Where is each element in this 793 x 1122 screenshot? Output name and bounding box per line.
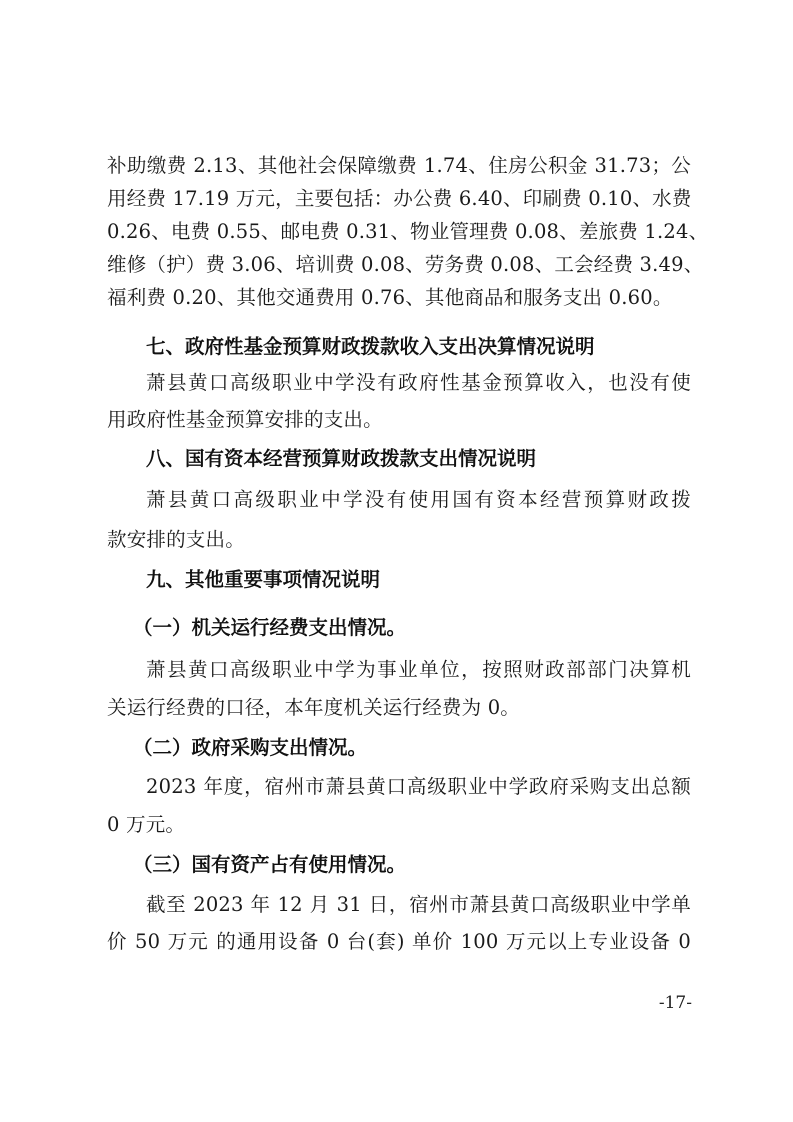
- section-heading-8: 八、国有资本经营预算财政拨款支出情况说明: [146, 444, 536, 474]
- paragraph-line: 款安排的支出。: [107, 525, 691, 555]
- page-number: -17-: [640, 990, 692, 1016]
- paragraph-line: 用政府性基金预算安排的支出。: [107, 405, 691, 435]
- paragraph-line: 补助缴费 2.13、其他社会保障缴费 1.74、住房公积金 31.73；公: [107, 151, 691, 181]
- subsection-heading-3: （三）国有资产占有使用情况。: [133, 850, 406, 880]
- section-heading-7: 七、政府性基金预算财政拨款收入支出决算情况说明: [146, 332, 595, 362]
- paragraph-line: 萧县黄口高级职业中学没有政府性基金预算收入，也没有使: [146, 368, 691, 398]
- paragraph-line: 0 万元。: [107, 810, 691, 840]
- paragraph-line: 福利费 0.20、其他交通费用 0.76、其他商品和服务支出 0.60。: [107, 283, 691, 313]
- paragraph-line: 2023 年度，宿州市萧县黄口高级职业中学政府采购支出总额: [146, 772, 691, 802]
- paragraph-line: 用经费 17.19 万元，主要包括：办公费 6.40、印刷费 0.10、水费: [107, 184, 691, 214]
- paragraph-line: 0.26、电费 0.55、邮电费 0.31、物业管理费 0.08、差旅费 1.2…: [107, 217, 691, 247]
- paragraph-line: 价 50 万元 的通用设备 0 台(套) 单价 100 万元以上专业设备 0: [107, 927, 691, 957]
- section-heading-9: 九、其他重要事项情况说明: [146, 565, 380, 595]
- paragraph-line: 截至 2023 年 12 月 31 日，宿州市萧县黄口高级职业中学单: [146, 890, 691, 920]
- paragraph-line: 萧县黄口高级职业中学为事业单位，按照财政部部门决算机: [146, 655, 691, 685]
- subsection-heading-2: （二）政府采购支出情况。: [133, 733, 367, 763]
- subsection-heading-1: （一）机关运行经费支出情况。: [133, 613, 406, 643]
- paragraph-line: 维修（护）费 3.06、培训费 0.08、劳务费 0.08、工会经费 3.49、: [107, 250, 691, 280]
- paragraph-line: 萧县黄口高级职业中学没有使用国有资本经营预算财政拨: [146, 485, 691, 515]
- paragraph-line: 关运行经费的口径，本年度机关运行经费为 0。: [107, 693, 691, 723]
- document-page: 补助缴费 2.13、其他社会保障缴费 1.74、住房公积金 31.73；公 用经…: [0, 0, 793, 1122]
